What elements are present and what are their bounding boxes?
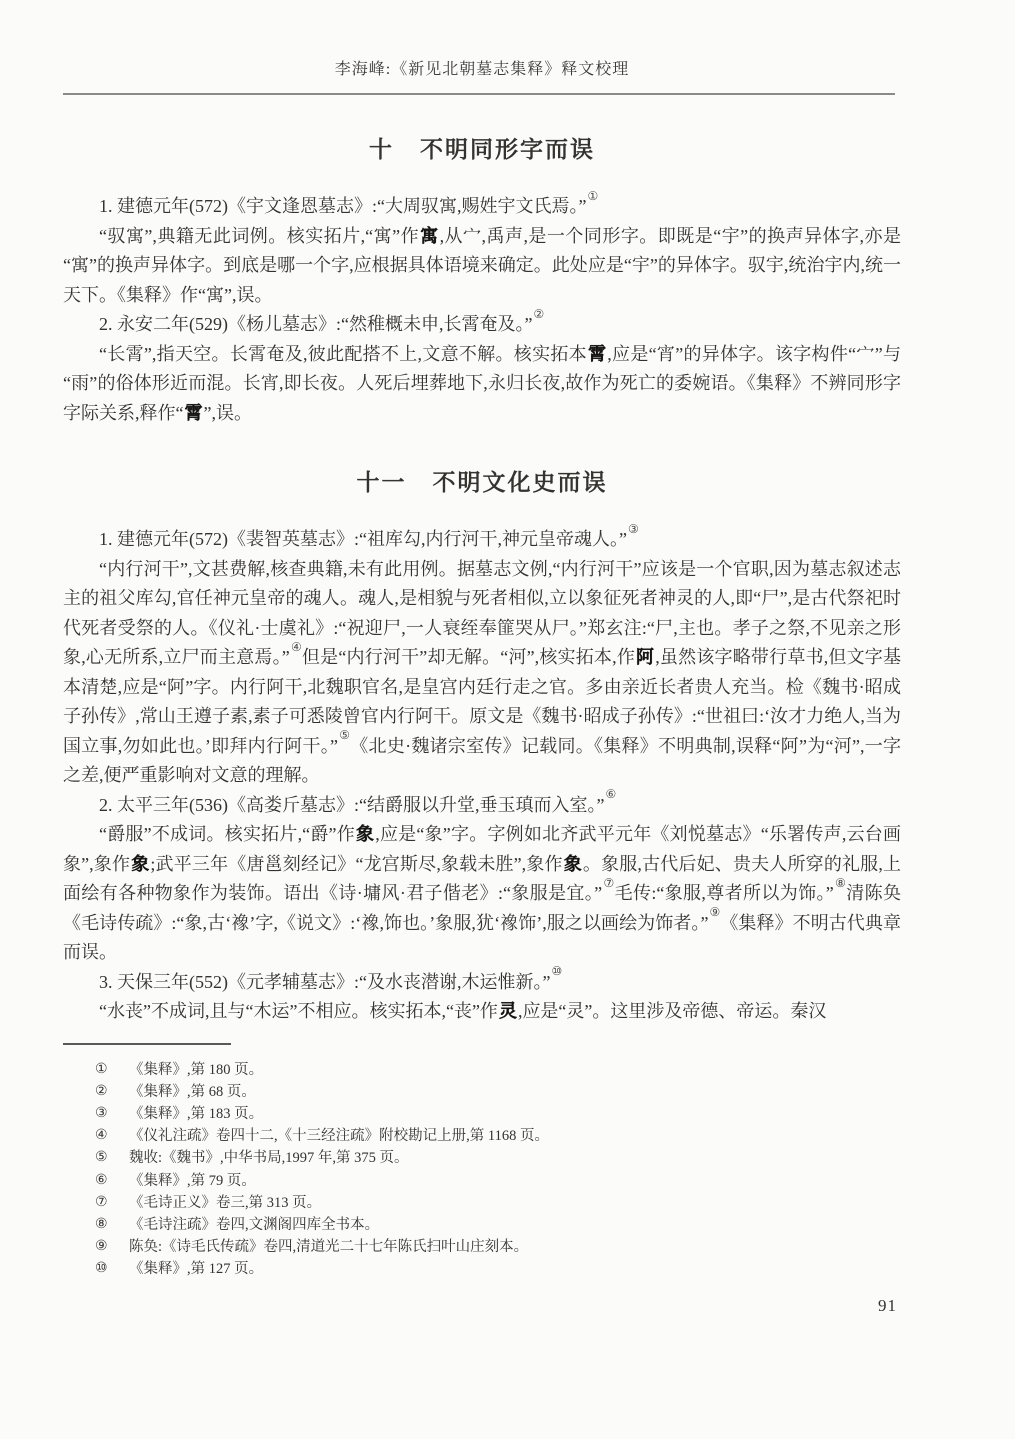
footnote-text: 《集释》,第 180 页。 — [129, 1059, 901, 1081]
footnote-marker: ⑧ — [834, 876, 846, 890]
footnote-number: ② — [95, 1081, 117, 1103]
footnote-marker: ⑥ — [604, 787, 616, 801]
footnote-text: 《仪礼注疏》卷四十二,《十三经注疏》附校勘记上册,第 1168 页。 — [129, 1125, 901, 1147]
rubbing-glyph-image: 象 — [563, 854, 583, 874]
page-header: 李海峰:《新见北朝墓志集释》释文校理 — [63, 0, 901, 95]
paragraph: 2. 太平三年(536)《高娄斤墓志》:“结爵服以升堂,垂玉瑱而入室。”⑥ — [63, 791, 901, 821]
rubbing-glyph-image: 象 — [130, 854, 150, 874]
footnote-number: ⑨ — [95, 1236, 117, 1258]
footnote-text: 魏收:《魏书》,中华书局,1997 年,第 375 页。 — [129, 1147, 901, 1169]
footnote-marker: ① — [586, 189, 598, 203]
paragraph: “长霄”,指天空。长霄奄及,彼此配搭不上,文意不解。核实拓本霄,应是“宵”的异体… — [63, 340, 901, 429]
section-heading: 十不明同形字而误 — [63, 131, 901, 164]
footnote-item: ①《集释》,第 180 页。 — [95, 1059, 901, 1081]
footnote-item: ③《集释》,第 183 页。 — [95, 1103, 901, 1125]
section-title: 不明同形字而误 — [420, 137, 595, 162]
paragraph: “内行河干”,文甚费解,核查典籍,未有此用例。据墓志文例,“内行河干”应该是一个… — [63, 555, 901, 791]
footnote-marker: ② — [532, 307, 544, 321]
running-title: 李海峰:《新见北朝墓志集释》释文校理 — [63, 56, 901, 79]
paragraph: “爵服”不成词。核实拓片,“爵”作象,应是“象”字。字例如北齐武平元年《刘悦墓志… — [63, 820, 901, 968]
paragraph: 1. 建德元年(572)《裴智英墓志》:“祖库勾,内行河干,神元皇帝魂人。”③ — [63, 525, 901, 555]
article-sections: 十不明同形字而误1. 建德元年(572)《宇文逢恩墓志》:“大周驭寓,赐姓宇文氏… — [63, 131, 901, 1027]
paragraph: “驭寓”,典籍无此词例。核实拓片,“寓”作寓,从宀,禹声,是一个同形字。即既是“… — [63, 222, 901, 311]
footnote-text: 《集释》,第 127 页。 — [129, 1258, 901, 1280]
footnote-text: 《集释》,第 183 页。 — [129, 1103, 901, 1125]
footnote-separator-rule — [63, 1043, 231, 1045]
paragraph: 3. 天保三年(552)《元孝辅墓志》:“及水丧潜谢,木运惟新。”⑩ — [63, 968, 901, 998]
rubbing-glyph-image: 霄 — [184, 403, 204, 423]
rubbing-glyph-image: 灵 — [498, 1001, 518, 1021]
footnote-marker: ⑩ — [550, 964, 562, 978]
footnotes-block: ①《集释》,第 180 页。②《集释》,第 68 页。③《集释》,第 183 页… — [63, 1043, 901, 1281]
footnote-item: ④《仪礼注疏》卷四十二,《十三经注疏》附校勘记上册,第 1168 页。 — [95, 1125, 901, 1147]
page-number: 91 — [878, 1296, 897, 1316]
section-heading: 十一不明文化史而误 — [63, 464, 901, 497]
footnote-marker: ③ — [627, 522, 639, 536]
footnote-text: 《毛诗注疏》卷四,文渊阁四库全书本。 — [129, 1214, 901, 1236]
footnote-number: ⑤ — [95, 1147, 117, 1169]
footnote-number: ① — [95, 1059, 117, 1081]
footnote-text: 《集释》,第 68 页。 — [129, 1081, 901, 1103]
footnote-number: ⑥ — [95, 1170, 117, 1192]
footnote-marker: ⑨ — [708, 905, 720, 919]
paragraph: 2. 永安二年(529)《杨儿墓志》:“然稚概未申,长霄奄及。”② — [63, 310, 901, 340]
footnote-text: 《毛诗正义》卷三,第 313 页。 — [129, 1192, 901, 1214]
page-content: 李海峰:《新见北朝墓志集释》释文校理 十不明同形字而误1. 建德元年(572)《… — [63, 0, 901, 1281]
footnote-marker: ⑦ — [602, 876, 614, 890]
paragraph: 1. 建德元年(572)《宇文逢恩墓志》:“大周驭寓,赐姓宇文氏焉。”① — [63, 192, 901, 222]
footnote-item: ⑤魏收:《魏书》,中华书局,1997 年,第 375 页。 — [95, 1147, 901, 1169]
footnote-marker: ④ — [290, 640, 302, 654]
section-number: 十 — [369, 137, 394, 162]
footnote-item: ⑦《毛诗正义》卷三,第 313 页。 — [95, 1192, 901, 1214]
rubbing-glyph-image: 霄 — [587, 344, 607, 364]
footnote-number: ③ — [95, 1103, 117, 1125]
rubbing-glyph-image: 阿 — [635, 647, 655, 667]
footnote-item: ⑧《毛诗注疏》卷四,文渊阁四库全书本。 — [95, 1214, 901, 1236]
footnote-number: ④ — [95, 1125, 117, 1147]
section-number: 十一 — [357, 470, 407, 495]
footnote-marker: ⑤ — [338, 728, 350, 742]
footnote-number: ⑧ — [95, 1214, 117, 1236]
footnote-number: ⑦ — [95, 1192, 117, 1214]
section-title: 不明文化史而误 — [433, 470, 608, 495]
footnote-text: 《集释》,第 79 页。 — [129, 1170, 901, 1192]
rubbing-glyph-image: 象 — [355, 824, 375, 844]
footnote-number: ⑩ — [95, 1258, 117, 1280]
paragraph: “水丧”不成词,且与“木运”不相应。核实拓本,“丧”作灵,应是“灵”。这里涉及帝… — [63, 997, 901, 1027]
header-rule — [63, 93, 895, 95]
footnote-item: ②《集释》,第 68 页。 — [95, 1081, 901, 1103]
footnote-item: ⑥《集释》,第 79 页。 — [95, 1170, 901, 1192]
footnote-list: ①《集释》,第 180 页。②《集释》,第 68 页。③《集释》,第 183 页… — [63, 1059, 901, 1281]
scanned-article-page: 李海峰:《新见北朝墓志集释》释文校理 十不明同形字而误1. 建德元年(572)《… — [0, 0, 1015, 1439]
footnote-text: 陈奂:《诗毛氏传疏》卷四,清道光二十七年陈氏扫叶山庄刻本。 — [129, 1236, 901, 1258]
rubbing-glyph-image: 寓 — [419, 226, 439, 246]
footnote-item: ⑨陈奂:《诗毛氏传疏》卷四,清道光二十七年陈氏扫叶山庄刻本。 — [95, 1236, 901, 1258]
footnote-item: ⑩《集释》,第 127 页。 — [95, 1258, 901, 1280]
